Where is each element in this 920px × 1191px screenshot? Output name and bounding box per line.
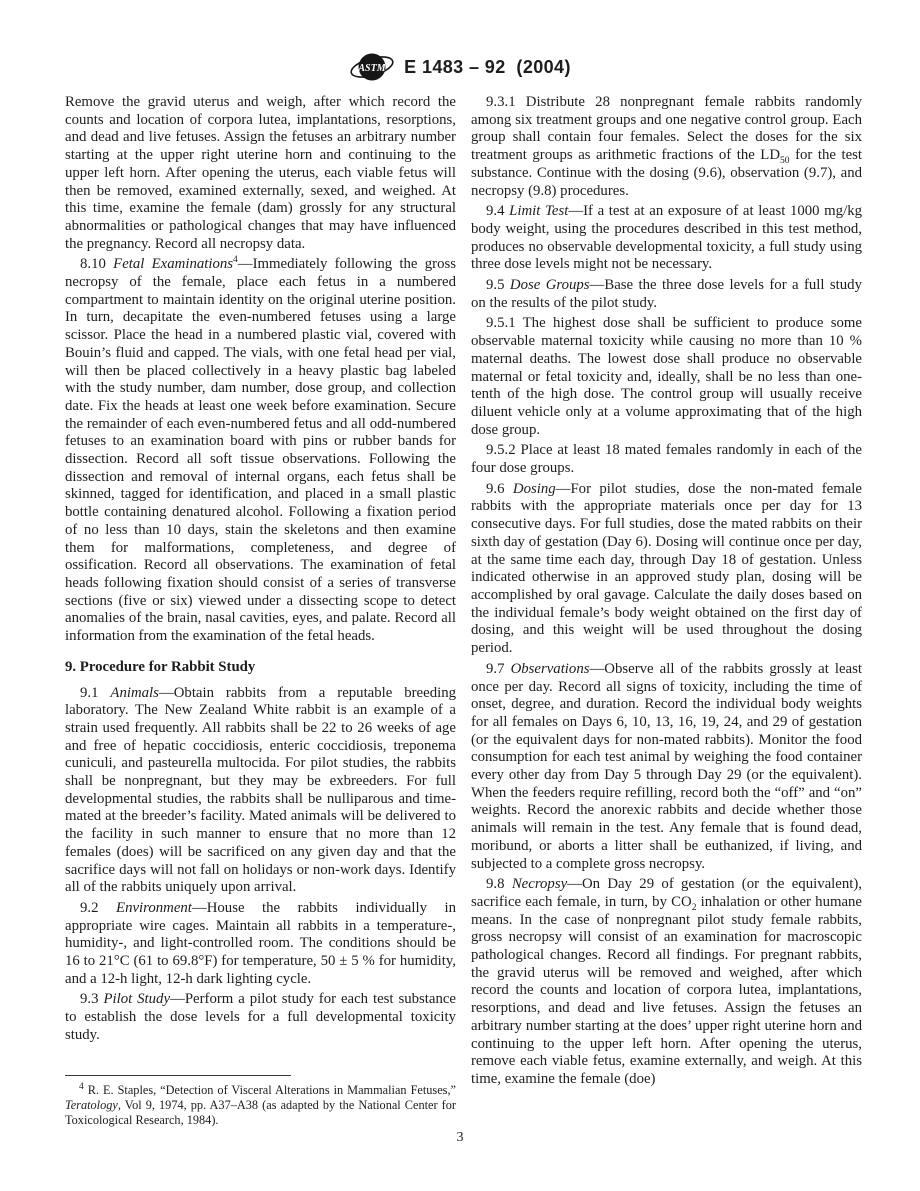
doc-title: E 1483 – 92 (2004) — [404, 57, 571, 78]
italic-run: Dose Groups — [510, 277, 590, 293]
text-run: 8.10 — [80, 256, 113, 272]
italic-run: Observations — [511, 661, 590, 677]
text-run: 9.2 — [80, 900, 116, 916]
paragraph: 8.10 Fetal Examinations4—Immediately fol… — [65, 256, 456, 645]
footnote: 4 R. E. Staples, “Detection of Visceral … — [65, 1075, 456, 1128]
text-run: 9.3 — [80, 991, 103, 1007]
italic-run: Necropsy — [512, 876, 567, 892]
footnote-spacer — [65, 1045, 456, 1075]
paragraph: 9.1 Animals—Obtain rabbits from a reputa… — [65, 685, 456, 897]
text-columns: Remove the gravid uterus and weigh, afte… — [65, 94, 862, 1128]
astm-logo: ASTM — [349, 48, 395, 86]
page-header: ASTM E 1483 – 92 (2004) — [0, 48, 920, 86]
text-run: Remove the gravid uterus and weigh, afte… — [65, 94, 456, 252]
paragraph: 9.4 Limit Test—If a test at an exposure … — [471, 203, 862, 274]
paragraph: 9.5.1 The highest dose shall be sufficie… — [471, 315, 862, 439]
text-run: —For pilot studies, dose the non-mated f… — [471, 481, 862, 656]
paragraph: 9.5 Dose Groups—Base the three dose leve… — [471, 277, 862, 312]
italic-run: Dosing — [513, 481, 556, 497]
text-run: 9.5.2 Place at least 18 mated females ra… — [471, 442, 862, 476]
text-run: —Obtain rabbits from a reputable breedin… — [65, 685, 456, 896]
column-left: Remove the gravid uterus and weigh, afte… — [65, 94, 456, 1128]
paragraph: 9.7 Observations—Observe all of the rabb… — [471, 661, 862, 873]
column-left-text: Remove the gravid uterus and weigh, afte… — [65, 94, 456, 1045]
astm-logo-text: ASTM — [358, 63, 387, 74]
document-page: ASTM E 1483 – 92 (2004) Remove the gravi… — [0, 0, 920, 1191]
page-number: 3 — [0, 1130, 920, 1146]
column-right-text: 9.3.1 Distribute 28 nonpregnant female r… — [471, 94, 862, 1089]
footnote-rule — [65, 1075, 291, 1076]
paragraph: 9.3 Pilot Study—Perform a pilot study fo… — [65, 991, 456, 1044]
italic-run: Teratology — [65, 1098, 118, 1112]
footnote-text: 4 R. E. Staples, “Detection of Visceral … — [65, 1083, 456, 1128]
text-run: 9.8 — [486, 876, 512, 892]
text-run: —Immediately following the gross necrops… — [65, 256, 456, 644]
text-run: 9.1 — [80, 685, 110, 701]
section-heading: 9. Procedure for Rabbit Study — [65, 659, 456, 677]
paragraph: 9.5.2 Place at least 18 mated females ra… — [471, 442, 862, 477]
text-run: , Vol 9, 1974, pp. A37–A38 (as adapted b… — [65, 1098, 456, 1127]
text-run: 9. Procedure for Rabbit Study — [65, 659, 255, 675]
text-run: —Observe all of the rabbits grossly at l… — [471, 661, 862, 872]
paragraph: 9.6 Dosing—For pilot studies, dose the n… — [471, 481, 862, 658]
italic-run: Animals — [110, 685, 159, 701]
text-run: 9.6 — [486, 481, 513, 497]
text-run: 9.5.1 The highest dose shall be sufficie… — [471, 315, 862, 437]
paragraph: 9.8 Necropsy—On Day 29 of gestation (or … — [471, 876, 862, 1088]
italic-run: Limit Test — [509, 203, 568, 219]
text-run: 9.5 — [486, 277, 510, 293]
italic-run: Pilot Study — [103, 991, 170, 1007]
italic-run: Fetal Examinations — [113, 256, 233, 272]
text-run: inhalation or other humane means. In the… — [471, 894, 862, 1087]
text-run: 9.7 — [486, 661, 511, 677]
text-run: 9.4 — [486, 203, 509, 219]
paragraph: 9.3.1 Distribute 28 nonpregnant female r… — [471, 94, 862, 200]
italic-run: Environment — [116, 900, 192, 916]
paragraph: 9.2 Environment—House the rabbits indivi… — [65, 900, 456, 989]
text-run: R. E. Staples, “Detection of Visceral Al… — [84, 1083, 456, 1097]
column-right: 9.3.1 Distribute 28 nonpregnant female r… — [471, 94, 862, 1128]
paragraph: Remove the gravid uterus and weigh, afte… — [65, 94, 456, 253]
